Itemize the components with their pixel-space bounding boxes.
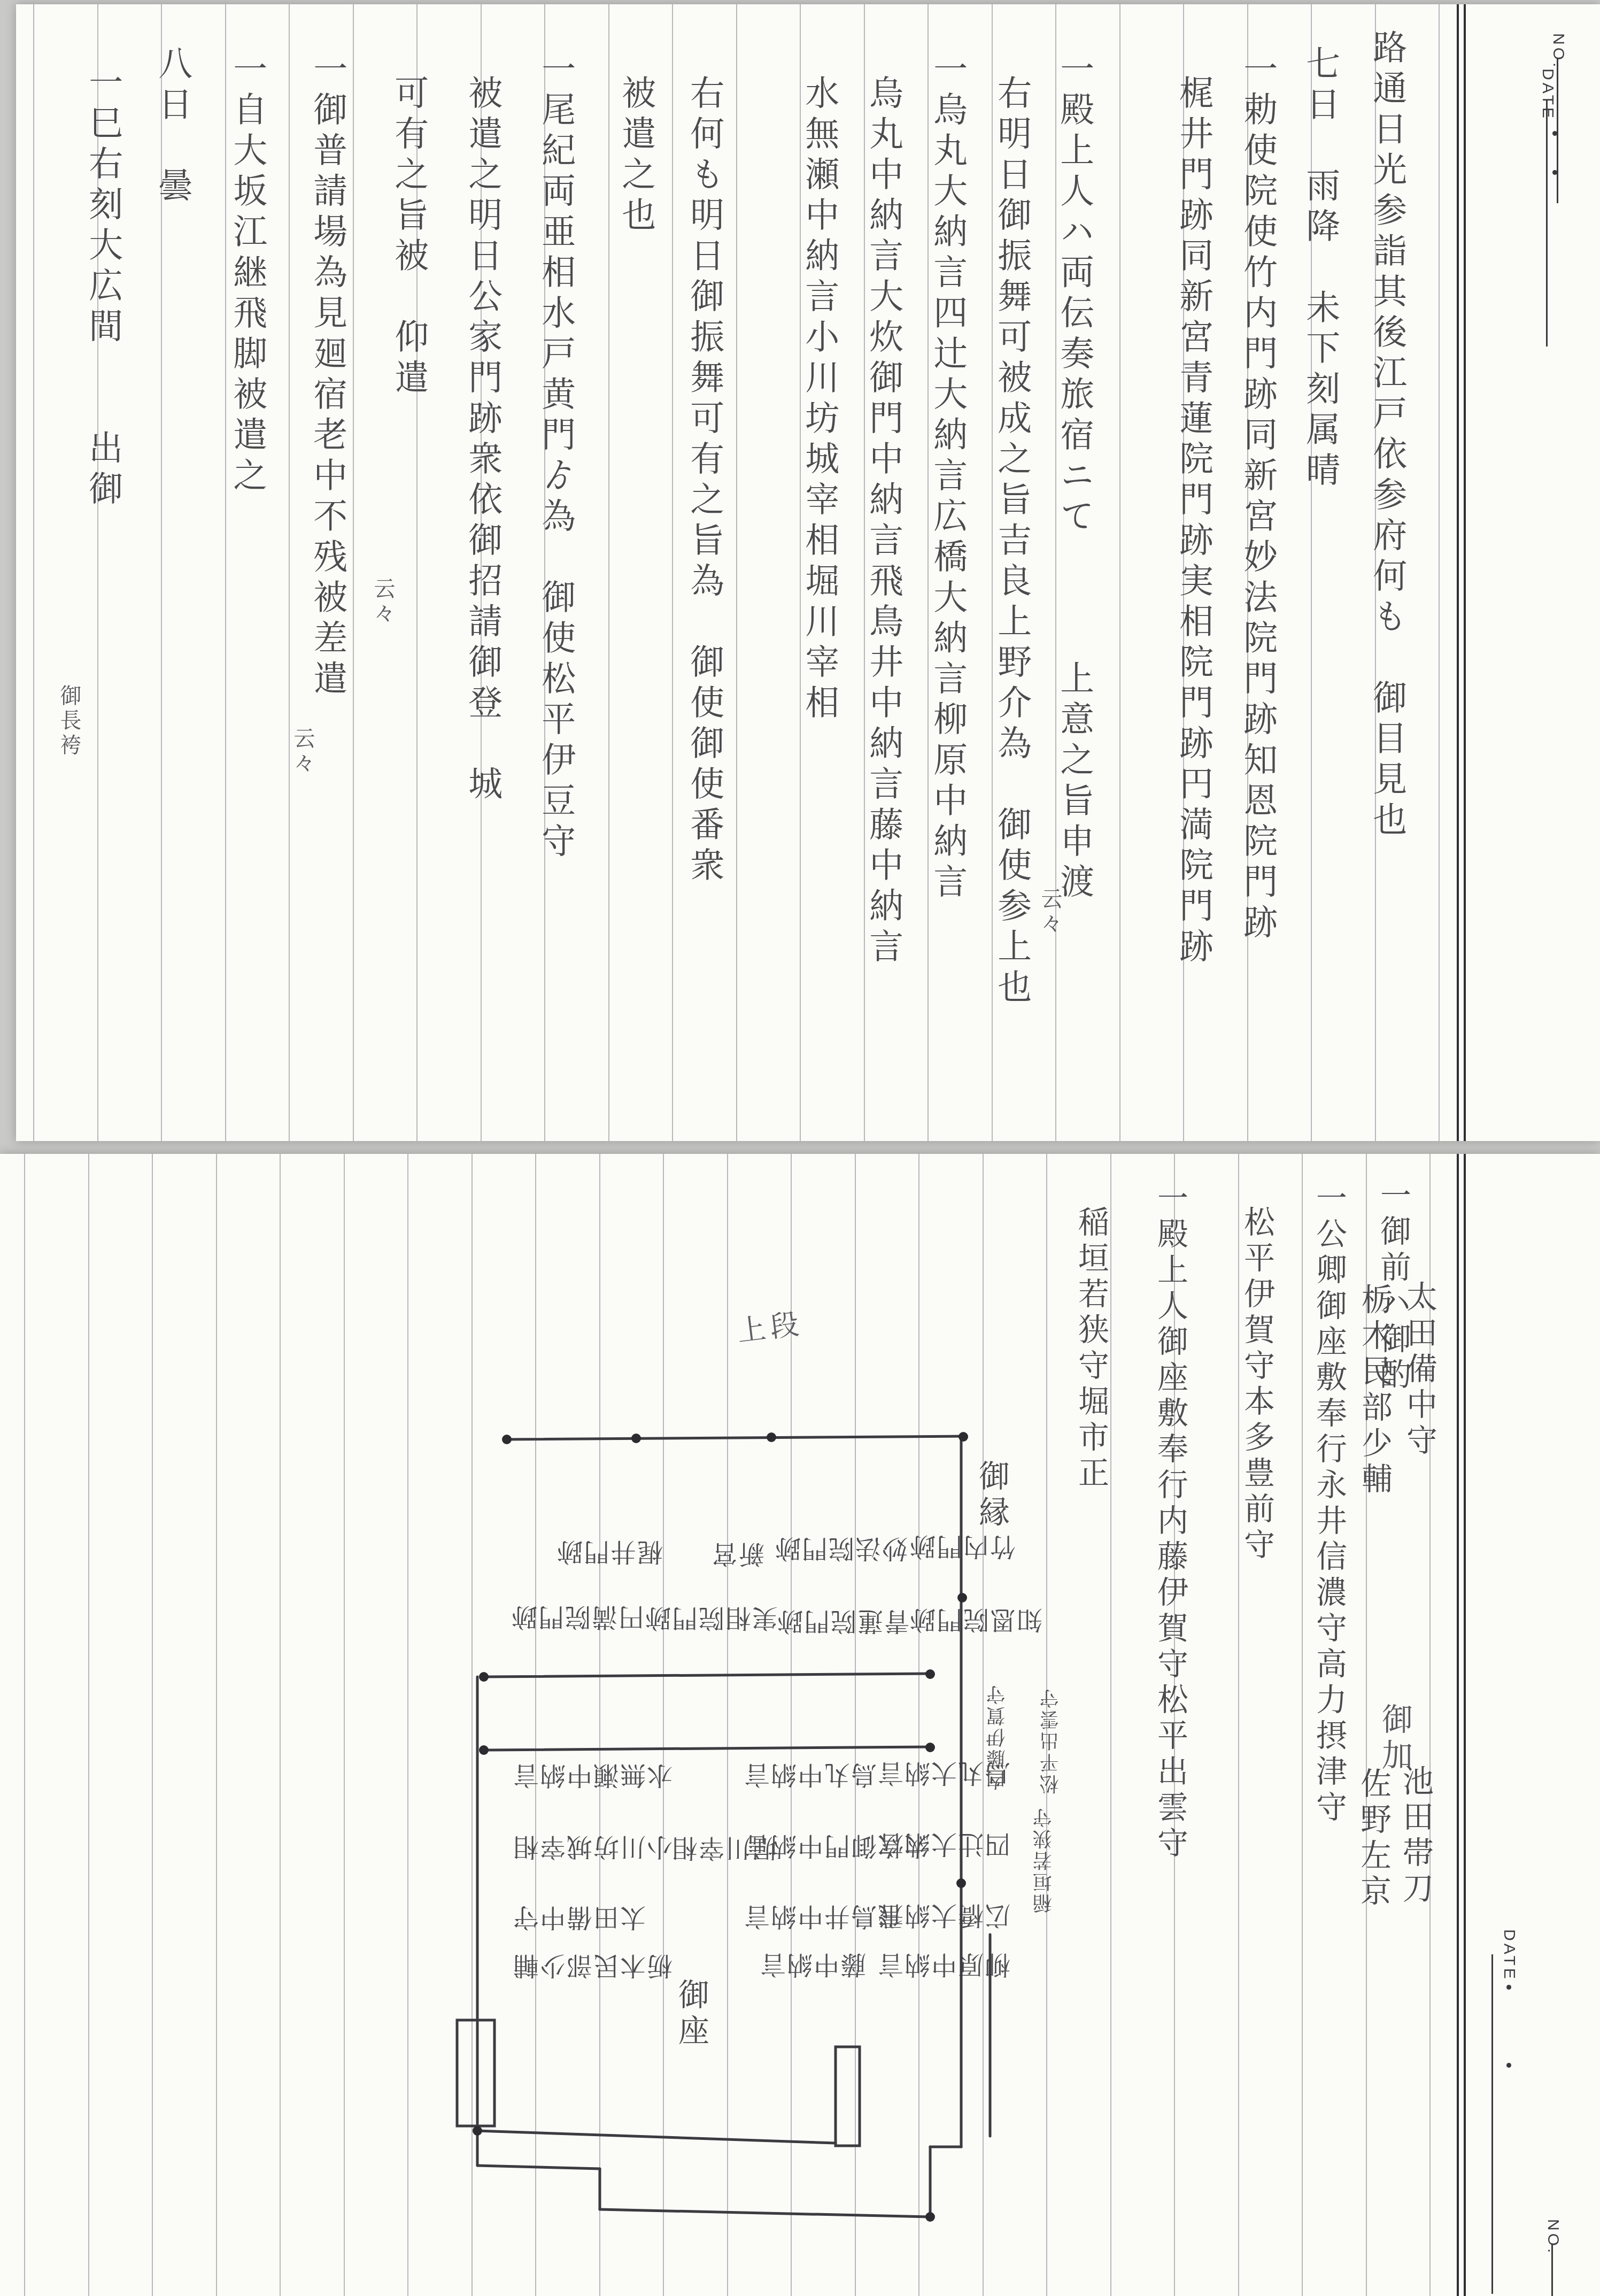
handwriting-column: 一勅使院使竹内門跡同新宮妙法院門跡知恩院門跡	[1239, 51, 1275, 945]
ruled-line	[535, 1154, 536, 2296]
page2-date-label: DATE	[1500, 1929, 1518, 1982]
notebook-scan: NO. DATE DATE NO. 路通日光参詣其後江戸依参府何も 御目見也七日…	[0, 0, 1600, 2296]
page2-no-label: NO.	[1544, 2219, 1562, 2255]
seat-label: 新宮	[711, 1541, 764, 1567]
attendant-label: 内藤伊賀守	[988, 1683, 1007, 1790]
handwriting-column: 被遣之明日公家門跡衆依御招請御登 城	[464, 75, 500, 806]
handwriting-column: 云々	[291, 727, 314, 776]
ruled-line	[672, 4, 673, 1141]
page2-date-line	[1491, 1954, 1493, 2294]
seat-label: 太田備中守	[512, 1905, 646, 1930]
seat-label: 栃木民部少輔	[512, 1953, 673, 1978]
ruled-line	[353, 4, 354, 1141]
handwriting-column: 池田帯刀	[1399, 1765, 1432, 1908]
ruled-line	[663, 1154, 664, 2296]
seat-label: 柳原中納言	[877, 1952, 1010, 1977]
ruled-line	[599, 1154, 600, 2296]
handwriting-column: 御加	[1378, 1703, 1411, 1775]
handwriting-column: 一自大坂江継飛脚被遣之	[229, 51, 265, 498]
ruled-line	[1302, 1154, 1303, 2296]
diagram-top-note: 上段	[735, 1301, 805, 1350]
ruled-line	[472, 1154, 473, 2296]
diagram-area-label: 御縁	[975, 1460, 1008, 1531]
diagram-area-label: 御座	[675, 1978, 707, 2050]
margin-rule	[1464, 1154, 1466, 2296]
handwriting-column: 烏丸中納言大炊御門中納言飛鳥井中納言藤中納言	[865, 75, 901, 969]
ruled-line	[1110, 1154, 1111, 2296]
margin-rule	[1457, 4, 1459, 1141]
ruled-line	[216, 1154, 217, 2296]
ruled-line	[855, 1154, 856, 2296]
page2-date-dot	[1506, 2063, 1511, 2068]
seat-label: 知恩院門跡	[909, 1607, 1042, 1632]
ruled-line	[33, 4, 34, 1141]
ruled-line	[225, 4, 226, 1141]
attendant-label: 稲垣若狭守	[1034, 1806, 1054, 1913]
handwriting-column: 一烏丸大納言四辻大納言広橋大納言柳原中納言	[929, 51, 965, 904]
page1-date-line	[1546, 101, 1548, 346]
seat-label: 飛鳥井中納言	[743, 1904, 903, 1929]
seat-label: 堀川宰相	[671, 1835, 778, 1861]
handwriting-column: 梶井門跡同新宮青蓮院門跡実相院門跡円満院門跡	[1175, 75, 1211, 969]
handwriting-column: 栃木民部少輔	[1358, 1283, 1390, 1498]
margin-rule	[1457, 1154, 1459, 2296]
handwriting-column: 一殿上人ハ両伝奏旅宿ニて 上意之旨申渡	[1056, 51, 1092, 904]
ruled-line	[1119, 4, 1120, 1141]
handwriting-column: 可有之旨被 仰遣	[390, 75, 426, 400]
handwriting-column: 右明日御振舞可被成之旨吉良上野介為 御使参上也	[993, 75, 1029, 1010]
ruled-line	[24, 1154, 25, 2296]
seat-label: 妙法院門跡	[774, 1536, 908, 1561]
handwriting-column: 太田備中守	[1403, 1281, 1435, 1460]
page1-no-line	[1557, 58, 1558, 203]
page1-date-label: DATE	[1539, 68, 1557, 121]
attendant-label: 松平出雲守	[1041, 1687, 1061, 1794]
handwriting-column: 云々	[1039, 888, 1061, 937]
ruled-line	[727, 1154, 728, 2296]
seat-label: 藤中納言	[759, 1952, 866, 1977]
handwriting-column: 路通日光参詣其後江戸依参府何も 御目見也	[1369, 29, 1404, 842]
seat-label: 竹内門跡	[909, 1534, 1016, 1559]
ruled-line	[289, 4, 290, 1141]
ruled-line	[280, 1154, 281, 2296]
seat-label: 円満院門跡	[511, 1604, 644, 1630]
handwriting-column: 右何も明日御振舞可有之旨為 御使御使番衆	[686, 75, 722, 888]
handwriting-column: 八日 曇	[154, 45, 190, 208]
ruled-line	[1439, 4, 1440, 1141]
seat-label: 烏丸中納言	[743, 1762, 877, 1788]
seat-label: 梶井門跡	[556, 1539, 663, 1565]
page1-date-dot	[1552, 170, 1557, 175]
handwriting-column: 佐野左京	[1357, 1767, 1389, 1910]
handwriting-column: 一殿上人御座敷奉行内藤伊賀守松平出雲守	[1154, 1182, 1186, 1862]
ruled-line	[736, 4, 737, 1141]
handwriting-column: 御長袴	[58, 684, 80, 758]
handwriting-column: 一御普請場為見廻宿老中不残被差遣	[309, 51, 345, 701]
handwriting-column: 七日 雨降 未下刻属晴	[1302, 45, 1338, 492]
seat-label: 実相院門跡	[644, 1605, 778, 1631]
ruled-line	[608, 4, 609, 1141]
page1-date-dot	[1552, 131, 1557, 136]
page1-no-label: NO.	[1549, 33, 1567, 70]
handwriting-column: 云々	[372, 577, 394, 627]
handwriting-column: 一公卿御座敷奉行永井信濃守高力摂津守	[1312, 1182, 1345, 1827]
handwriting-column: 水無瀬中納言小川坊城宰相堀川宰相	[801, 75, 837, 725]
handwriting-column: 被遣之也	[617, 75, 653, 237]
ruled-line	[983, 1154, 984, 2296]
handwriting-column: 松平伊賀守本多豊前守	[1240, 1206, 1273, 1564]
margin-rule	[1464, 4, 1466, 1141]
ruled-line	[344, 1154, 345, 2296]
seat-label: 青蓮院門跡	[776, 1608, 910, 1634]
seat-label: 小川坊城宰相	[512, 1834, 673, 1860]
handwriting-column: 一尾紀両亜相水戸黄門ゟ為 御使松平伊豆守	[537, 51, 573, 864]
ruled-line	[152, 1154, 153, 2296]
ruled-line	[918, 1154, 919, 2296]
handwriting-column: 一巳右刻大広間 出御	[84, 64, 120, 511]
ruled-line	[88, 1154, 89, 2296]
handwriting-column: 稲垣若狭守堀市正	[1075, 1206, 1107, 1492]
page2-no-line	[1551, 2245, 1553, 2296]
ruled-line	[407, 1154, 408, 2296]
seat-label: 水無瀬中納言	[512, 1762, 673, 1788]
page2-date-dot	[1506, 1985, 1511, 1990]
